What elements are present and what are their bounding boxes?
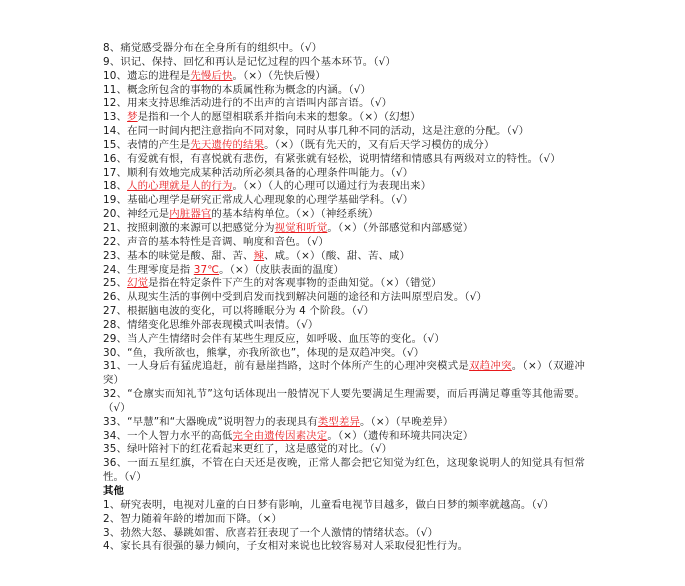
answer-mark: （×） <box>380 277 405 289</box>
highlighted-error-text: 视觉和听觉 <box>275 222 328 234</box>
question-number: 10 <box>103 70 117 82</box>
question-item: 8、痛觉感受器分布在全身所有的组织中。（√） <box>103 42 585 56</box>
answer-mark: （√） <box>391 167 414 179</box>
question-number: 18 <box>103 180 117 192</box>
question-text: 当人产生情绪时会伴有某些生理反应，如呼吸、血压等的变化。 <box>127 333 422 345</box>
separator: 、 <box>117 347 128 359</box>
separator: 、 <box>117 111 128 123</box>
question-text: 一个人智力水平的高低 <box>127 430 232 442</box>
question-text: 遗忘的进程是 <box>127 70 190 82</box>
question-number: 19 <box>103 194 117 206</box>
question-text: 按照刺激的来源可以把感觉分为 <box>127 222 275 234</box>
correction-note: （外部感觉和内部感觉） <box>363 222 474 234</box>
question-item: 17、顺利有效地完成某种活动所必须具备的心理条件叫能力。（√） <box>103 167 585 181</box>
answer-mark: （√） <box>538 153 561 165</box>
correction-note: （早晚差异） <box>395 416 453 428</box>
answer-mark: （×） <box>296 208 321 220</box>
question-text: 基础心理学是研究正常成人心理现象的心理学基础学科。 <box>127 194 391 206</box>
answer-mark: （√） <box>370 443 393 455</box>
question-item: 20、神经元是内脏器官的基本结构单位。（×）（神经系统） <box>103 208 585 222</box>
answer-mark: （×） <box>243 70 268 82</box>
separator: 、 <box>117 180 128 192</box>
separator: 、 <box>117 250 128 262</box>
question-text: 生理零度是指 <box>127 264 194 276</box>
separator: 、 <box>110 42 121 54</box>
answer-mark: （×） <box>338 430 363 442</box>
correction-note: （酸、甜、苦、咸） <box>321 250 411 262</box>
highlighted-error-text: 完全由遗传因素决定 <box>232 430 327 442</box>
question-text-tail: 是指和一个人的愿望相联系并指向未来的想象。 <box>138 111 359 123</box>
question-text-tail: 。 <box>264 139 275 151</box>
question-text-tail: 。 <box>232 180 243 192</box>
separator: 、 <box>117 139 128 151</box>
highlighted-error-text: 辣 <box>254 250 265 262</box>
separator: 、 <box>117 457 128 469</box>
question-text: 概念所包含的事物的本质属性称为概念的内涵。 <box>127 84 348 96</box>
separator: 、 <box>110 540 121 552</box>
answer-mark: （√） <box>124 471 147 483</box>
question-text-tail: 。 <box>360 416 371 428</box>
separator: 、 <box>110 527 121 539</box>
question-item: 14、在同一时间内把注意指向不同对象，同时从事几种不同的活动，这是注意的分配。（… <box>103 125 585 139</box>
answer-mark: （√） <box>415 527 438 539</box>
answer-mark: （√） <box>402 347 425 359</box>
question-number: 17 <box>103 167 117 179</box>
question-text-tail: 。 <box>233 70 244 82</box>
question-item: 26、从现实生活的事例中受到启发而找到解决问题的途径和方法叫原型启发。（√） <box>103 291 585 305</box>
question-text: 研究表明，电视对儿童的白日梦有影响，儿童看电视节目越多，做白日梦的频率就越高。 <box>120 499 531 511</box>
question-text: 表情的产生是 <box>127 139 190 151</box>
correction-note: （人的心理可以通过行为表现出来） <box>268 180 431 192</box>
question-item: 22、声音的基本特性是音调、响度和音色。（√） <box>103 236 585 250</box>
correction-note: （错觉） <box>405 277 442 289</box>
question-item: 13、梦是指和一个人的愿望相联系并指向未来的想象。（×）（幻想） <box>103 111 585 125</box>
question-number: 20 <box>103 208 117 220</box>
separator: 、 <box>117 305 128 317</box>
question-text: “早慧”和“大器晚成”说明智力的表现具有 <box>127 416 318 428</box>
question-text-tail: 。 <box>327 222 338 234</box>
other-question-list: 1、研究表明，电视对儿童的白日梦有影响，儿童看电视节目越多，做白日梦的频率就越高… <box>103 499 585 554</box>
question-item: 30、“鱼，我所欲也，熊掌，亦我所欲也”，体现的是双趋冲突。（√） <box>103 347 585 361</box>
question-text: 家长具有很强的暴力倾向，子女相对来说也比较容易对人采取侵犯性行为。 <box>120 540 468 552</box>
question-number: 27 <box>103 305 117 317</box>
question-text: 声音的基本特性是音调、响度和音色。 <box>127 236 306 248</box>
correction-note: （既有先天的，又有后天学习模仿的成分） <box>299 139 494 151</box>
separator: 、 <box>117 222 128 234</box>
question-text: 识记、保持、回忆和再认是记忆过程的四个基本环节。 <box>120 56 373 68</box>
separator: 、 <box>117 167 128 179</box>
separator: 、 <box>117 125 128 137</box>
question-number: 13 <box>103 111 117 123</box>
highlighted-error-text: 人的心理就是人的行为 <box>127 180 232 192</box>
question-item: 31、一人身后有猛虎追赶，前有悬崖挡路，这时个体所产生的心理冲突模式是双趋冲突。… <box>103 360 585 388</box>
question-text: 用来支持思维活动进行的不出声的言语叫内部言语。 <box>127 97 369 109</box>
question-number: 34 <box>103 430 117 442</box>
question-item: 12、用来支持思维活动进行的不出声的言语叫内部言语。（√） <box>103 97 585 111</box>
question-number: 32 <box>103 388 117 400</box>
question-number: 16 <box>103 153 117 165</box>
separator: 、 <box>110 56 121 68</box>
question-text: 一人身后有猛虎追赶，前有悬崖挡路，这时个体所产生的心理冲突模式是 <box>127 360 469 372</box>
separator: 、 <box>117 443 128 455</box>
question-text: 基本的味觉是酸、甜、苦、 <box>127 250 254 262</box>
question-item: 10、遗忘的进程是先慢后快。（×）（先快后慢） <box>103 70 585 84</box>
separator: 、 <box>117 70 128 82</box>
correction-note: （先快后慢） <box>268 70 326 82</box>
answer-mark: （√） <box>507 125 530 137</box>
question-item: 32、“仓廪实而知礼节”这句话体现出一般情况下人要先要满足生理需要，而后再满足尊… <box>103 388 585 416</box>
question-number: 11 <box>103 84 117 96</box>
answer-mark: （√） <box>391 194 414 206</box>
question-item: 23、基本的味觉是酸、甜、苦、辣、咸。（×）（酸、甜、苦、咸） <box>103 250 585 264</box>
answer-mark: （√） <box>422 333 445 345</box>
question-text: 根据脑电波的变化，可以将睡眠分为 4 个阶段。 <box>127 305 351 317</box>
question-number: 28 <box>103 319 117 331</box>
section-heading-other: 其他 <box>103 485 585 499</box>
question-number: 22 <box>103 236 117 248</box>
answer-mark: （×） <box>359 111 384 123</box>
correction-note: （遗传和环境共同决定） <box>363 430 474 442</box>
answer-mark: （×） <box>338 222 363 234</box>
question-item: 18、人的心理就是人的行为。（×）（人的心理可以通过行为表现出来） <box>103 180 585 194</box>
separator: 、 <box>117 416 128 428</box>
question-number: 36 <box>103 457 117 469</box>
answer-mark: （√） <box>352 305 375 317</box>
question-text-tail: 。 <box>219 264 230 276</box>
answer-mark: （√） <box>373 56 396 68</box>
highlighted-error-text: 类型差异 <box>318 416 360 428</box>
question-number: 29 <box>103 333 117 345</box>
highlighted-error-text: 先天遗传的结果 <box>190 139 264 151</box>
question-text: 智力随着年龄的增加而下降。 <box>120 513 257 525</box>
question-number: 1 <box>103 499 110 511</box>
question-item: 34、一个人智力水平的高低完全由遗传因素决定。（×）（遗传和环境共同决定） <box>103 430 585 444</box>
question-number: 26 <box>103 291 117 303</box>
question-number: 14 <box>103 125 117 137</box>
answer-mark: （√） <box>370 97 393 109</box>
question-item: 9、识记、保持、回忆和再认是记忆过程的四个基本环节。（√） <box>103 56 585 70</box>
highlighted-error-text: 先慢后快 <box>190 70 232 82</box>
separator: 、 <box>117 360 128 372</box>
question-text: “鱼，我所欲也，熊掌，亦我所欲也”，体现的是双趋冲突。 <box>127 347 402 359</box>
question-item: 24、生理零度是指 37℃。（×）（皮肤表面的温度） <box>103 264 585 278</box>
answer-mark: （√） <box>348 84 371 96</box>
question-number: 35 <box>103 443 117 455</box>
question-item: 2、智力随着年龄的增加而下降。（×） <box>103 513 585 527</box>
question-item: 35、绿叶陪衬下的红花看起来更红了，这是感觉的对比。（√） <box>103 443 585 457</box>
answer-mark: （×） <box>296 250 321 262</box>
highlighted-error-text: 内脏器官 <box>169 208 211 220</box>
answer-mark: （√） <box>464 291 487 303</box>
question-number: 33 <box>103 416 117 428</box>
answer-mark: （√） <box>306 236 329 248</box>
question-item: 11、概念所包含的事物的本质属性称为概念的内涵。（√） <box>103 84 585 98</box>
question-text: 绿叶陪衬下的红花看起来更红了，这是感觉的对比。 <box>127 443 369 455</box>
true-false-question-list: 8、痛觉感受器分布在全身所有的组织中。（√）9、识记、保持、回忆和再认是记忆过程… <box>103 42 585 485</box>
question-item: 28、情绪变化思维外部表现模式叫表情。（√） <box>103 319 585 333</box>
separator: 、 <box>117 319 128 331</box>
question-number: 31 <box>103 360 117 372</box>
question-text: 顺利有效地完成某种活动所必须具备的心理条件叫能力。 <box>127 167 391 179</box>
answer-mark: （√） <box>300 42 323 54</box>
question-text: 勃然大怒、暴跳如雷、欣喜若狂表现了一个人激情的情绪状态。 <box>120 527 415 539</box>
answer-mark: （×） <box>275 139 300 151</box>
question-item: 33、“早慧”和“大器晚成”说明智力的表现具有类型差异。（×）（早晚差异） <box>103 416 585 430</box>
answer-mark: （√） <box>296 319 319 331</box>
question-number: 8 <box>103 42 110 54</box>
question-number: 12 <box>103 97 117 109</box>
question-text: 痛觉感受器分布在全身所有的组织中。 <box>120 42 299 54</box>
separator: 、 <box>117 388 128 400</box>
question-text: 一面五星红旗，不管在白天还是夜晚，正常人都会把它知觉为红色，这现象说明人的知觉具… <box>103 457 585 483</box>
question-text-tail: 的基本结构单位。 <box>211 208 295 220</box>
question-number: 9 <box>103 56 110 68</box>
question-item: 36、一面五星红旗，不管在白天还是夜晚，正常人都会把它知觉为红色，这现象说明人的… <box>103 457 585 485</box>
highlighted-error-text: 幻觉 <box>127 277 148 289</box>
document-page: 8、痛觉感受器分布在全身所有的组织中。（√）9、识记、保持、回忆和再认是记忆过程… <box>103 42 585 554</box>
separator: 、 <box>117 97 128 109</box>
correction-note: （神经系统） <box>321 208 379 220</box>
question-number: 21 <box>103 222 117 234</box>
answer-mark: （×） <box>243 180 268 192</box>
separator: 、 <box>117 84 128 96</box>
question-number: 30 <box>103 347 117 359</box>
highlighted-error-text: 梦 <box>127 111 138 123</box>
question-item: 16、有爱就有恨，有喜悦就有悲伤，有紧张就有轻松，说明情绪和情感具有两级对立的特… <box>103 153 585 167</box>
separator: 、 <box>117 264 128 276</box>
question-text: “仓廪实而知礼节”这句话体现出一般情况下人要先要满足生理需要，而后再满足尊重等其… <box>127 388 585 400</box>
question-item: 4、家长具有很强的暴力倾向，子女相对来说也比较容易对人采取侵犯性行为。 <box>103 540 585 554</box>
correction-note: （皮肤表面的温度） <box>254 264 344 276</box>
question-text: 有爱就有恨，有喜悦就有悲伤，有紧张就有轻松，说明情绪和情感具有两级对立的特性。 <box>127 153 538 165</box>
separator: 、 <box>110 499 121 511</box>
question-text: 在同一时间内把注意指向不同对象，同时从事几种不同的活动，这是注意的分配。 <box>127 125 506 137</box>
answer-mark: （×） <box>257 513 282 525</box>
question-number: 3 <box>103 527 110 539</box>
question-text: 神经元是 <box>127 208 169 220</box>
question-text-tail: 。 <box>512 360 523 372</box>
separator: 、 <box>117 208 128 220</box>
question-item: 21、按照刺激的来源可以把感觉分为视觉和听觉。（×）（外部感觉和内部感觉） <box>103 222 585 236</box>
question-number: 24 <box>103 264 117 276</box>
question-number: 2 <box>103 513 110 525</box>
answer-mark: （×） <box>230 264 255 276</box>
question-item: 3、勃然大怒、暴跳如雷、欣喜若狂表现了一个人激情的情绪状态。（√） <box>103 527 585 541</box>
answer-mark: （√） <box>103 402 131 414</box>
separator: 、 <box>117 153 128 165</box>
question-item: 29、当人产生情绪时会伴有某些生理反应，如呼吸、血压等的变化。（√） <box>103 333 585 347</box>
separator: 、 <box>110 513 121 525</box>
question-text-tail: 是指在特定条件下产生的对客观事物的歪曲知觉。 <box>148 277 380 289</box>
separator: 、 <box>117 236 128 248</box>
question-number: 4 <box>103 540 110 552</box>
question-item: 19、基础心理学是研究正常成人心理现象的心理学基础学科。（√） <box>103 194 585 208</box>
separator: 、 <box>117 194 128 206</box>
highlighted-error-text: 双趋冲突 <box>469 360 512 372</box>
question-item: 27、根据脑电波的变化，可以将睡眠分为 4 个阶段。（√） <box>103 305 585 319</box>
question-item: 15、表情的产生是先天遗传的结果。（×）（既有先天的，又有后天学习模仿的成分） <box>103 139 585 153</box>
question-text: 从现实生活的事例中受到启发而找到解决问题的途径和方法叫原型启发。 <box>127 291 464 303</box>
highlighted-error-text: 37℃ <box>194 264 219 276</box>
separator: 、 <box>117 333 128 345</box>
answer-mark: （×） <box>371 416 396 428</box>
question-text-tail: 。 <box>327 430 338 442</box>
answer-mark: （√） <box>531 499 554 511</box>
question-item: 1、研究表明，电视对儿童的白日梦有影响，儿童看电视节目越多，做白日梦的频率就越高… <box>103 499 585 513</box>
separator: 、 <box>117 291 128 303</box>
separator: 、 <box>117 277 128 289</box>
answer-mark: （×） <box>522 360 547 372</box>
question-text-tail: 、咸。 <box>264 250 296 262</box>
correction-note: （幻想） <box>384 111 421 123</box>
question-number: 15 <box>103 139 117 151</box>
question-number: 25 <box>103 277 117 289</box>
separator: 、 <box>117 430 128 442</box>
question-number: 23 <box>103 250 117 262</box>
question-item: 25、幻觉是指在特定条件下产生的对客观事物的歪曲知觉。（×）（错觉） <box>103 277 585 291</box>
question-text: 情绪变化思维外部表现模式叫表情。 <box>127 319 296 331</box>
